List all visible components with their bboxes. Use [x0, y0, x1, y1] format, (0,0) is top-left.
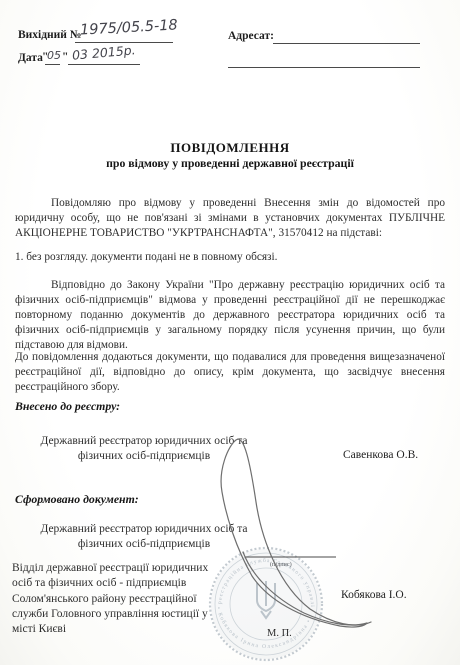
signature-caption: (підпис): [270, 561, 292, 568]
seal-place-caption: М. П.: [267, 628, 292, 639]
scanned-document-page: Вихідний № 1975/05.5-18 Дата " 05 " 03 2…: [0, 0, 460, 665]
seal-and-signature-overlay: реєстраційна служба Головного управління…: [0, 0, 460, 665]
seal-ring-text-top: реєстраційна служба Головного управління…: [0, 0, 315, 608]
